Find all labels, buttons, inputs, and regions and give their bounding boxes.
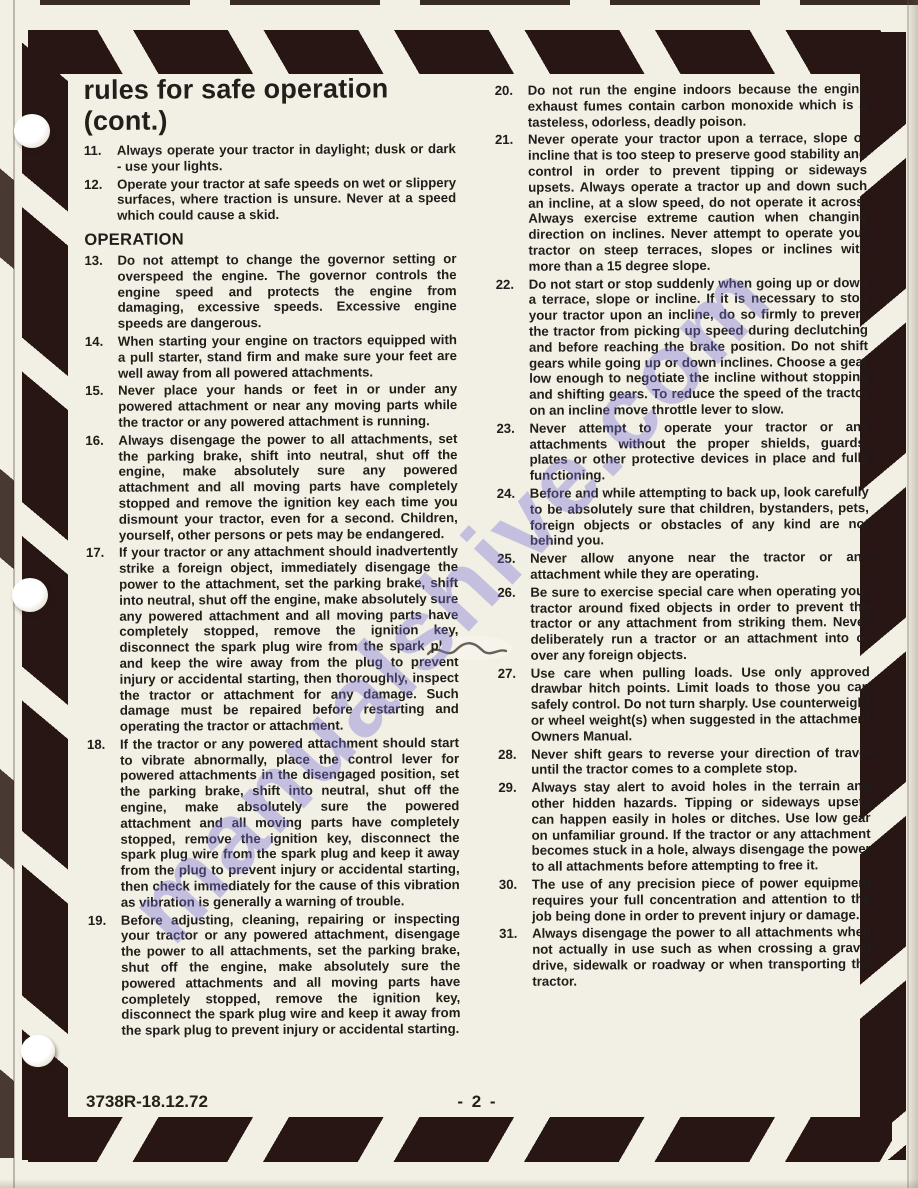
rule-number: 30. [499, 877, 532, 925]
rule-item: 11. Always operate your tractor in dayli… [84, 141, 456, 175]
rule-text: If your tractor or any attachment should… [119, 543, 459, 734]
rule-number: 15. [85, 383, 118, 431]
rule-number: 11. [84, 143, 117, 175]
section-heading-operation: OPERATION [84, 229, 456, 249]
rules-list-13-19: 13. Do not attempt to change the governo… [84, 251, 460, 1039]
rule-number: 27. [498, 665, 531, 744]
rule-number: 16. [85, 433, 119, 544]
rule-text: Never allow anyone near the tractor or a… [530, 549, 869, 582]
rule-text: Always disengage the power to all attach… [118, 431, 458, 543]
rule-item: 12. Operate your tractor at safe speeds … [84, 175, 456, 224]
rule-item: 28. Never shift gears to reverse your di… [498, 745, 870, 779]
rule-text: Before adjusting, cleaning, repairing or… [121, 911, 461, 1039]
punch-hole [14, 114, 50, 148]
rule-text: Always stay alert to avoid holes in the … [531, 778, 870, 875]
rule-item: 13. Do not attempt to change the governo… [84, 251, 456, 332]
rules-list-11-12: 11. Always operate your tractor in dayli… [84, 141, 456, 224]
left-column: rules for safe operation (cont.) 11. Alw… [83, 73, 460, 1039]
rule-text: Do not attempt to change the governor se… [117, 251, 456, 332]
rule-number: 12. [84, 176, 117, 224]
page-title: rules for safe operation (cont.) [83, 73, 455, 137]
rule-text: Never attempt to operate your tractor or… [529, 419, 868, 484]
rule-number: 19. [88, 912, 122, 1039]
rule-number: 25. [497, 551, 530, 583]
rule-item: 24. Before and while attempting to back … [497, 484, 869, 549]
rule-text: Never shift gears to reverse your direct… [531, 745, 870, 778]
rule-item: 21. Never operate your tractor upon a te… [495, 130, 868, 274]
rule-number: 22. [496, 276, 530, 418]
rule-text: Never operate your tractor upon a terrac… [528, 130, 868, 274]
rule-item: 31. Always disengage the power to all at… [499, 924, 871, 989]
rule-item: 23. Never attempt to operate your tracto… [496, 419, 868, 484]
rule-item: 30. The use of any precision piece of po… [499, 875, 871, 924]
rule-number: 18. [87, 737, 121, 911]
hazard-stripe-border-bottom [28, 1117, 892, 1162]
rule-number: 21. [495, 132, 529, 274]
rule-text: Never place your hands or feet in or und… [118, 381, 457, 430]
rule-item: 16. Always disengage the power to all at… [85, 431, 458, 544]
punch-hole [21, 1035, 55, 1067]
scanned-manual-page: rules for safe operation (cont.) 11. Alw… [0, 0, 918, 1188]
rule-text: Always operate your tractor in daylight;… [117, 141, 456, 174]
rule-number: 28. [498, 746, 531, 778]
rule-text: Always disengage the power to all attach… [532, 924, 871, 989]
rule-text: If the tractor or any powered attachment… [120, 735, 460, 911]
rule-item: 25. Never allow anyone near the tractor … [497, 549, 869, 583]
right-crease-line [907, 0, 909, 1188]
rule-text: Do not run the engine indoors because th… [528, 81, 867, 130]
rule-number: 24. [497, 486, 530, 549]
hazard-stripe-border-top [28, 30, 892, 74]
rule-item: 27. Use care when pulling loads. Use onl… [498, 664, 870, 745]
bottom-edge-shadow [0, 1179, 918, 1188]
top-edge-scan-artifact [40, 0, 918, 5]
rule-number: 31. [499, 926, 532, 989]
right-column: 20. Do not run the engine indoors becaus… [495, 79, 872, 990]
rule-number: 13. [84, 253, 117, 332]
rule-item: 15. Never place your hands or feet in or… [85, 381, 457, 430]
rule-item: 20. Do not run the engine indoors becaus… [495, 81, 867, 130]
rule-text: The use of any precision piece of power … [532, 875, 871, 924]
pen-scratch-mark [424, 634, 510, 666]
rule-text: Do not start or stop suddenly when going… [529, 275, 869, 419]
rule-item: 26. Be sure to exercise special care whe… [497, 583, 869, 664]
rule-number: 20. [495, 83, 528, 131]
rule-text: Operate your tractor at safe speeds on w… [117, 175, 456, 224]
rule-number: 23. [496, 421, 529, 484]
rule-item: 19. Before adjusting, cleaning, repairin… [88, 911, 461, 1039]
rule-number: 17. [86, 545, 120, 735]
rule-text: When starting your engine on tractors eq… [118, 332, 457, 381]
rule-number: 14. [85, 334, 118, 382]
rule-item: 22. Do not start or stop suddenly when g… [496, 275, 869, 419]
rule-item: 18. If the tractor or any powered attach… [87, 735, 460, 911]
rule-text: Be sure to exercise special care when op… [530, 583, 869, 664]
page-footer: 3738R-18.12.72 - 2 - [86, 1092, 869, 1114]
punch-hole [12, 578, 48, 612]
rules-list-20-31: 20. Do not run the engine indoors becaus… [495, 81, 872, 990]
rule-item: 14. When starting your engine on tractor… [85, 332, 457, 381]
page-number: - 2 - [86, 1092, 869, 1112]
rule-text: Before and while attempting to back up, … [530, 484, 869, 549]
rule-item: 17. If your tractor or any attachment sh… [86, 543, 459, 735]
rule-text: Use care when pulling loads. Use only ap… [531, 664, 870, 745]
rule-item: 29. Always stay alert to avoid holes in … [498, 778, 870, 875]
rule-number: 29. [498, 780, 531, 875]
